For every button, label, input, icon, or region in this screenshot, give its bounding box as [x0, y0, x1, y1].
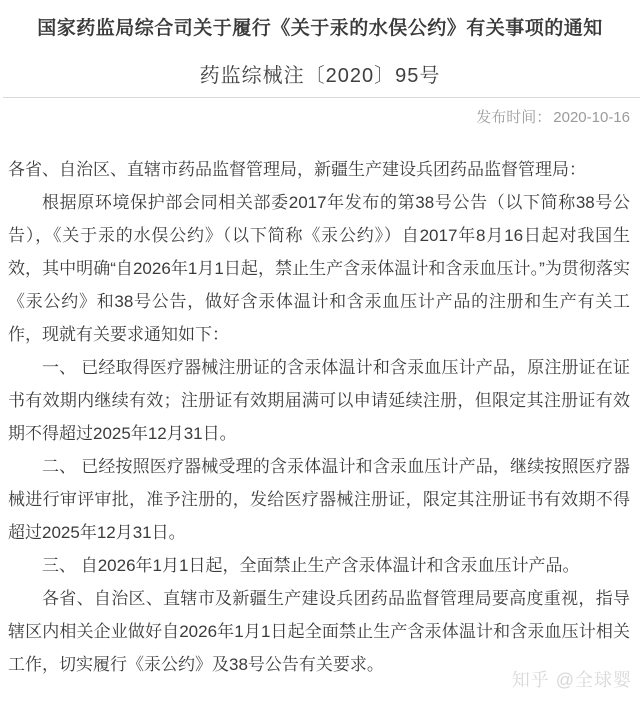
notice-body: 各省、自治区、直辖市药品监督管理局，新疆生产建设兵团药品监督管理局： 根据原环境… [0, 153, 640, 681]
body-paragraph-item-1: 一、 已经取得医疗器械注册证的含汞体温计和含汞血压计产品，原注册证在证书有效期内… [8, 351, 630, 450]
body-paragraph-item-3: 三、 自2026年1月1日起，全面禁止生产含汞体温计和含汞血压计产品。 [8, 549, 630, 582]
publish-time-row: 发布时间：2020-10-16 [0, 108, 640, 128]
document-number: 药监综械注〔2020〕95号 [0, 63, 640, 90]
body-paragraph-item-2: 二、 已经按照医疗器械受理的含汞体温计和含汞血压计产品，继续按照医疗器械进行审评… [8, 450, 630, 549]
body-paragraph-background: 根据原环境保护部会同相关部委2017年发布的第38号公告（以下简称38号公告），… [8, 186, 630, 351]
page-title: 国家药监局综合司关于履行《关于汞的水俣公约》有关事项的通知 [0, 0, 640, 42]
header-divider [3, 97, 640, 98]
zhihu-watermark: 知乎 @全球婴 [512, 668, 632, 692]
publish-time-label: 发布时间： [476, 109, 551, 126]
notice-document: 国家药监局综合司关于履行《关于汞的水俣公约》有关事项的通知 药监综械注〔2020… [0, 0, 640, 706]
body-paragraph-closing: 各省、自治区、直辖市及新疆生产建设兵团药品监督管理局要高度重视，指导辖区内相关企… [8, 582, 630, 681]
publish-date: 2020-10-16 [553, 109, 630, 126]
addressee-line: 各省、自治区、直辖市药品监督管理局，新疆生产建设兵团药品监督管理局： [8, 153, 630, 186]
